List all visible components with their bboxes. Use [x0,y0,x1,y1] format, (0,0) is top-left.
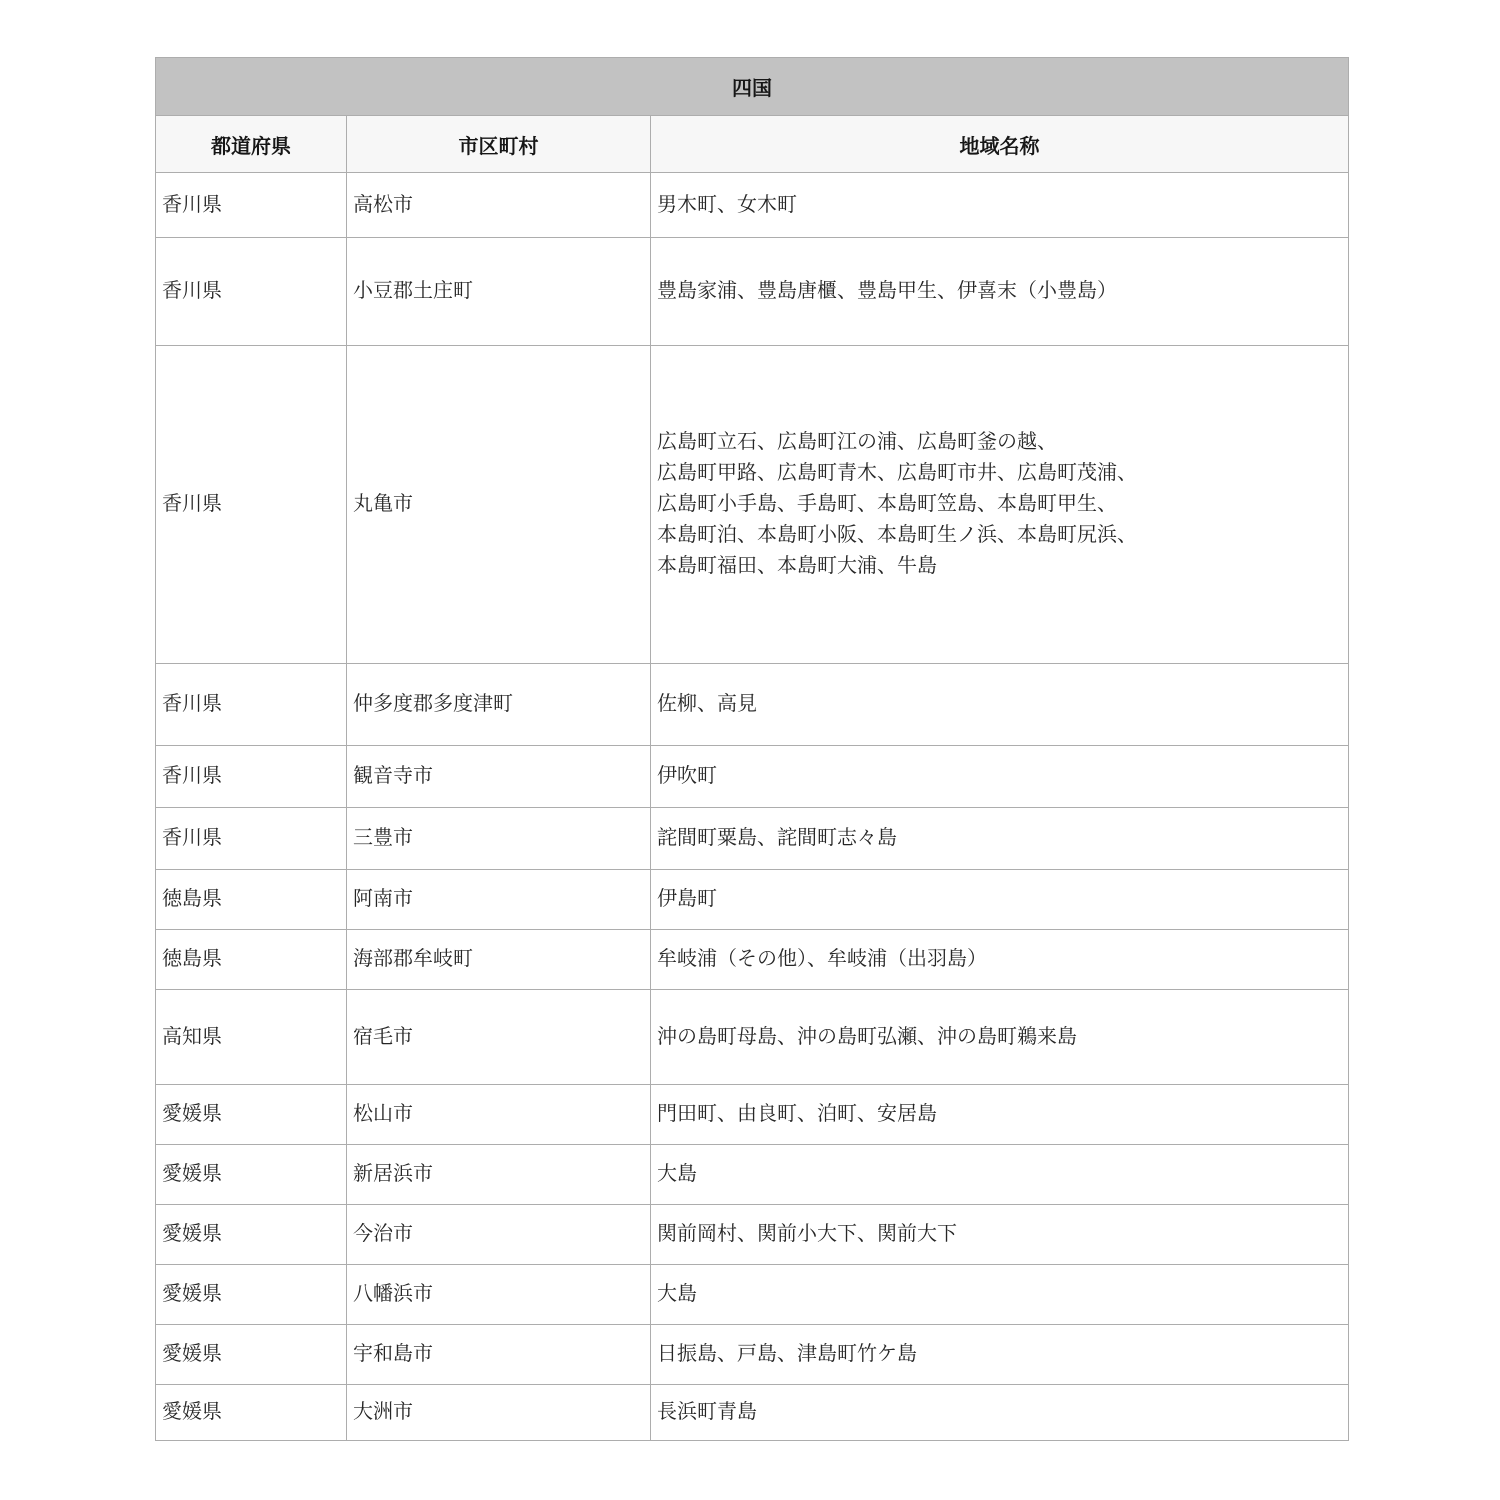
area-names-cell: 伊吹町 [651,746,1349,808]
area-names-cell: 広島町立石、広島町江の浦、広島町釜の越、 広島町甲路、広島町青木、広島町市井、広… [651,346,1349,664]
table-row: 香川県 観音寺市 伊吹町 [156,746,1349,808]
municipality-cell: 宇和島市 [347,1325,651,1385]
area-names-cell: 日振島、戸島、津島町竹ケ島 [651,1325,1349,1385]
region-title: 四国 [156,58,1349,116]
table-row: 徳島県 阿南市 伊島町 [156,870,1349,930]
area-names-cell: 豊島家浦、豊島唐櫃、豊島甲生、伊喜末（小豊島） [651,238,1349,346]
municipality-cell: 宿毛市 [347,990,651,1085]
prefecture-cell: 香川県 [156,346,347,664]
area-names-cell: 沖の島町母島、沖の島町弘瀬、沖の島町鵜来島 [651,990,1349,1085]
municipality-cell: 丸亀市 [347,346,651,664]
prefecture-cell: 愛媛県 [156,1145,347,1205]
prefecture-cell: 高知県 [156,990,347,1085]
municipality-cell: 仲多度郡多度津町 [347,664,651,746]
municipality-cell: 海部郡牟岐町 [347,930,651,990]
table-row: 愛媛県 今治市 関前岡村、関前小大下、関前大下 [156,1205,1349,1265]
municipality-cell: 三豊市 [347,808,651,870]
table-row: 徳島県 海部郡牟岐町 牟岐浦（その他）、牟岐浦（出羽島） [156,930,1349,990]
municipality-cell: 今治市 [347,1205,651,1265]
area-names-cell: 男木町、女木町 [651,173,1349,238]
prefecture-cell: 愛媛県 [156,1205,347,1265]
prefecture-cell: 香川県 [156,746,347,808]
prefecture-cell: 香川県 [156,808,347,870]
table-row: 愛媛県 八幡浜市 大島 [156,1265,1349,1325]
region-header-row: 四国 [156,58,1349,116]
table-row: 愛媛県 新居浜市 大島 [156,1145,1349,1205]
municipality-cell: 八幡浜市 [347,1265,651,1325]
col-header-prefecture: 都道府県 [156,116,347,173]
municipality-cell: 観音寺市 [347,746,651,808]
area-names-cell: 佐柳、高見 [651,664,1349,746]
municipality-cell: 高松市 [347,173,651,238]
area-names-cell: 詫間町粟島、詫間町志々島 [651,808,1349,870]
col-header-municipality: 市区町村 [347,116,651,173]
area-names-cell: 大島 [651,1265,1349,1325]
table-row: 香川県 丸亀市 広島町立石、広島町江の浦、広島町釜の越、 広島町甲路、広島町青木… [156,346,1349,664]
prefecture-cell: 香川県 [156,664,347,746]
prefecture-cell: 香川県 [156,173,347,238]
area-names-cell: 大島 [651,1145,1349,1205]
table-row: 香川県 高松市 男木町、女木町 [156,173,1349,238]
area-names-cell: 門田町、由良町、泊町、安居島 [651,1085,1349,1145]
table-row: 愛媛県 松山市 門田町、由良町、泊町、安居島 [156,1085,1349,1145]
municipality-cell: 新居浜市 [347,1145,651,1205]
table-head: 四国 都道府県 市区町村 地域名称 [156,58,1349,173]
table-row: 香川県 三豊市 詫間町粟島、詫間町志々島 [156,808,1349,870]
area-names-cell: 伊島町 [651,870,1349,930]
prefecture-cell: 愛媛県 [156,1385,347,1441]
prefecture-cell: 愛媛県 [156,1325,347,1385]
table-row: 高知県 宿毛市 沖の島町母島、沖の島町弘瀬、沖の島町鵜来島 [156,990,1349,1085]
area-names-cell: 関前岡村、関前小大下、関前大下 [651,1205,1349,1265]
column-header-row: 都道府県 市区町村 地域名称 [156,116,1349,173]
area-names-cell: 牟岐浦（その他）、牟岐浦（出羽島） [651,930,1349,990]
prefecture-cell: 徳島県 [156,930,347,990]
municipality-cell: 大洲市 [347,1385,651,1441]
col-header-area: 地域名称 [651,116,1349,173]
prefecture-cell: 愛媛県 [156,1085,347,1145]
table-body: 香川県 高松市 男木町、女木町 香川県 小豆郡土庄町 豊島家浦、豊島唐櫃、豊島甲… [156,173,1349,1441]
prefecture-cell: 愛媛県 [156,1265,347,1325]
table-row: 愛媛県 宇和島市 日振島、戸島、津島町竹ケ島 [156,1325,1349,1385]
prefecture-cell: 徳島県 [156,870,347,930]
region-table: 四国 都道府県 市区町村 地域名称 香川県 高松市 男木町、女木町 香川県 小豆… [155,57,1349,1441]
table-row: 香川県 小豆郡土庄町 豊島家浦、豊島唐櫃、豊島甲生、伊喜末（小豊島） [156,238,1349,346]
table-row: 香川県 仲多度郡多度津町 佐柳、高見 [156,664,1349,746]
table-row: 愛媛県 大洲市 長浜町青島 [156,1385,1349,1441]
municipality-cell: 阿南市 [347,870,651,930]
municipality-cell: 小豆郡土庄町 [347,238,651,346]
municipality-cell: 松山市 [347,1085,651,1145]
area-names-cell: 長浜町青島 [651,1385,1349,1441]
prefecture-cell: 香川県 [156,238,347,346]
